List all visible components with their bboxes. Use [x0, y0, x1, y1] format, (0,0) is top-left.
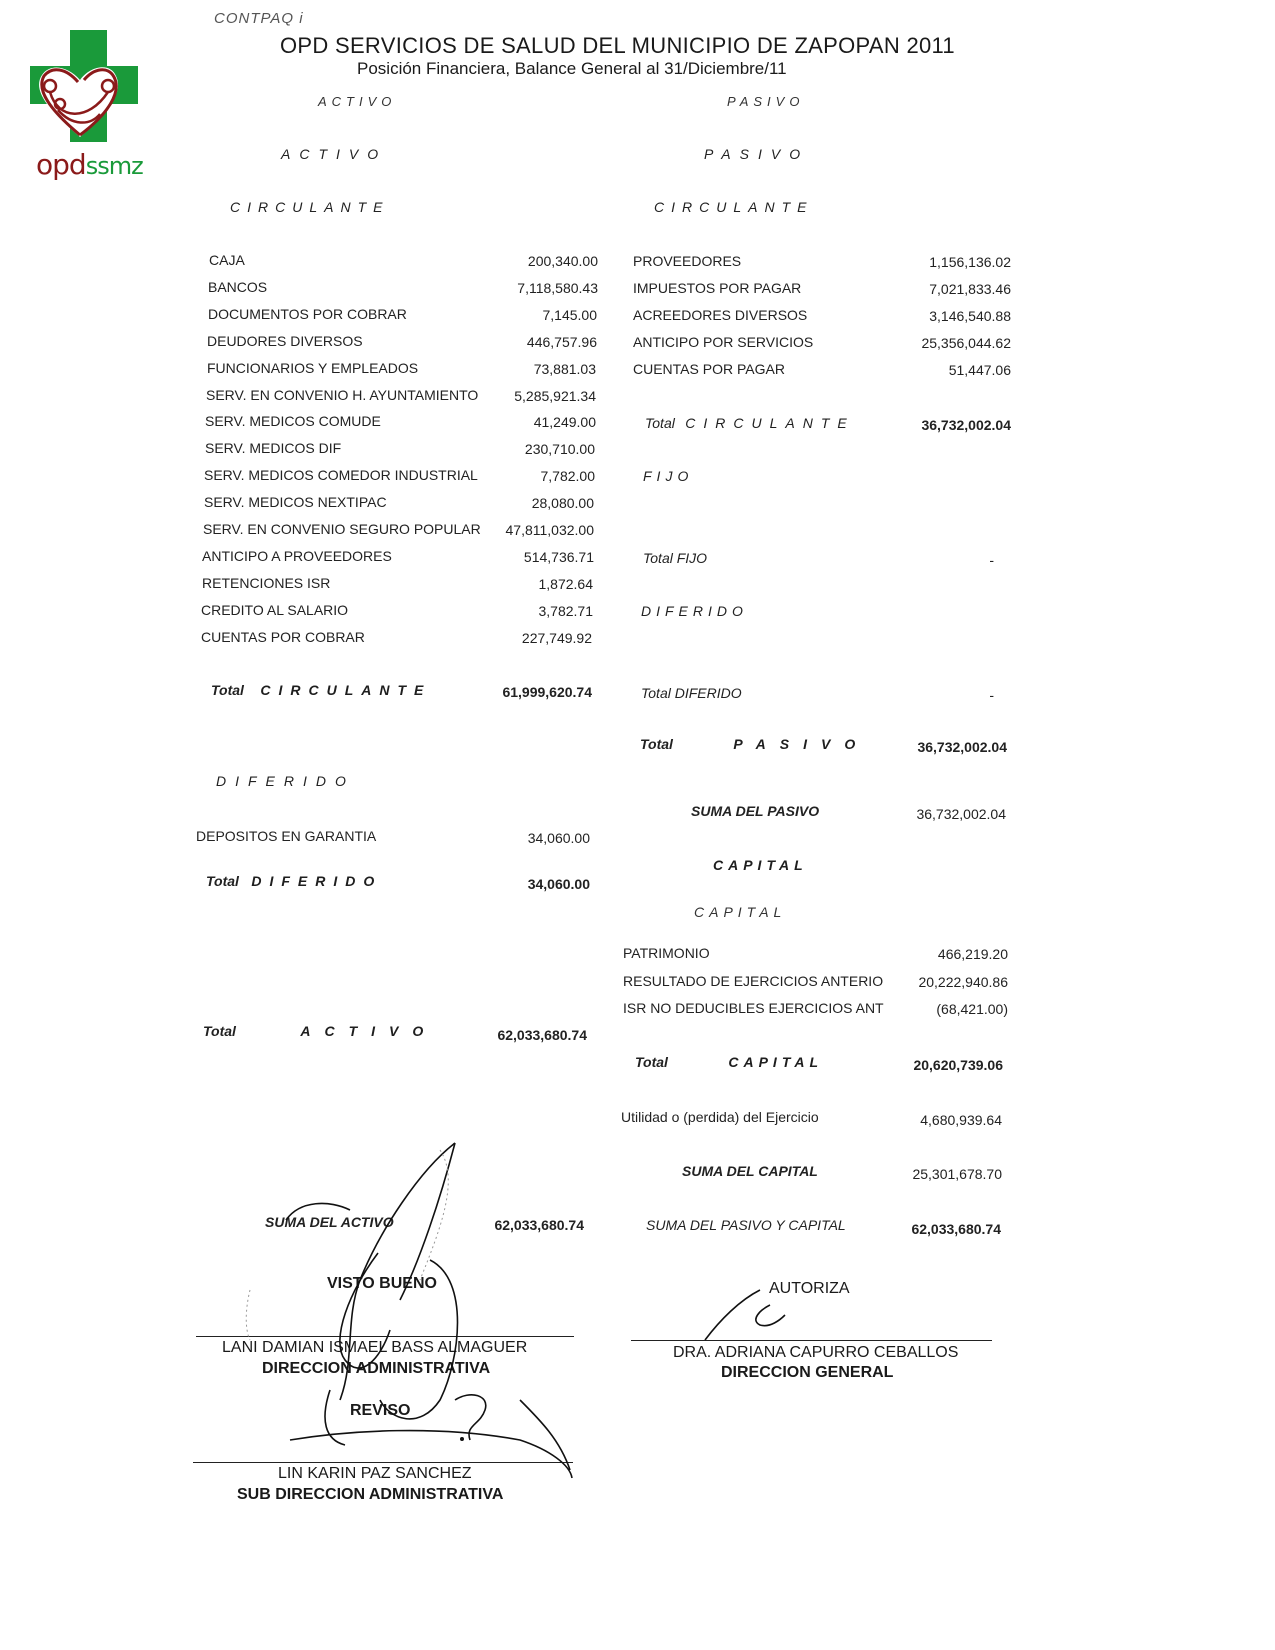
total-label: Total	[206, 873, 239, 889]
capital-header: CAPITAL	[713, 857, 808, 873]
line-item-label: SERV. EN CONVENIO H. AYUNTAMIENTO	[206, 387, 478, 403]
line-item-value: 51,447.06	[881, 362, 1011, 378]
pasivo-total-circulante-row: Total CIRCULANTE	[645, 415, 855, 433]
total-word: CIRCULANTE	[260, 682, 431, 698]
line-item-label: FUNCIONARIOS Y EMPLEADOS	[207, 360, 418, 376]
total-word: PASIVO	[733, 736, 869, 752]
autoriza-caption: AUTORIZA	[769, 1280, 850, 1298]
activo-total-circulante-row: Total CIRCULANTE	[211, 682, 431, 700]
line-item-value: 1,872.64	[463, 576, 593, 592]
suma-pasivo-capital-label: SUMA DEL PASIVO Y CAPITAL	[646, 1217, 846, 1233]
line-item-value: 41,249.00	[466, 414, 596, 430]
pasivo-circulante-header: CIRCULANTE	[654, 199, 813, 215]
pasivo-section-header: PASIVO	[704, 146, 809, 162]
activo-diferido-header: DIFERIDO	[216, 773, 355, 789]
line-item-value: 230,710.00	[465, 441, 595, 457]
suma-pasivo-capital-value: 62,033,680.74	[871, 1221, 1001, 1237]
line-item-value: 514,736.71	[464, 549, 594, 565]
utilidad-value: 4,680,939.64	[872, 1112, 1002, 1128]
logo-text-opd: opd	[36, 148, 86, 181]
capital-total-value: 20,620,739.06	[873, 1057, 1003, 1073]
pasivo-total-fijo-label: Total FIJO	[643, 550, 707, 566]
logo-text-ssmz: ssmz	[86, 152, 143, 180]
pasivo-total-diferido-label: Total DIFERIDO	[641, 685, 742, 701]
total-label: Total	[211, 682, 244, 698]
visto-bueno-role: DIRECCION ADMINISTRATIVA	[262, 1360, 490, 1378]
handwritten-signatures-icon	[0, 0, 1275, 1650]
reviso-name: LIN KARIN PAZ SANCHEZ	[278, 1465, 472, 1483]
activo-diferido-item-value: 34,060.00	[460, 830, 590, 846]
line-item-value: 7,145.00	[467, 307, 597, 323]
total-word: ACTIVO	[300, 1023, 437, 1039]
line-item-value: 3,146,540.88	[881, 308, 1011, 324]
total-label: Total	[645, 415, 675, 431]
line-item-label: SERV. MEDICOS DIF	[205, 440, 341, 456]
line-item-label: SERV. EN CONVENIO SEGURO POPULAR	[203, 521, 481, 537]
line-item-label: CUENTAS POR COBRAR	[201, 629, 365, 645]
line-item-label: BANCOS	[208, 279, 267, 295]
activo-circulante-header: CIRCULANTE	[230, 199, 389, 215]
line-item-value: 466,219.20	[878, 946, 1008, 962]
line-item-value: 3,782.71	[463, 603, 593, 619]
utilidad-label: Utilidad o (perdida) del Ejercicio	[621, 1109, 819, 1125]
line-item-label: ANTICIPO POR SERVICIOS	[633, 334, 813, 350]
line-item-value: 20,222,940.86	[878, 974, 1008, 990]
line-item-label: RESULTADO DE EJERCICIOS ANTERIO	[623, 973, 883, 989]
line-item-value: 1,156,136.02	[881, 254, 1011, 270]
capital-total-row: Total CAPITAL	[635, 1054, 823, 1072]
line-item-value: (68,421.00)	[878, 1001, 1008, 1017]
activo-total-diferido-value: 34,060.00	[460, 876, 590, 892]
suma-del-capital-label: SUMA DEL CAPITAL	[682, 1163, 818, 1179]
line-item-label: CUENTAS POR PAGAR	[633, 361, 785, 377]
line-item-value: 227,749.92	[462, 630, 592, 646]
visto-bueno-caption: VISTO BUENO	[327, 1275, 437, 1293]
suma-del-pasivo-label: SUMA DEL PASIVO	[691, 803, 819, 819]
total-word: CIRCULANTE	[685, 415, 854, 431]
line-item-value: 7,782.00	[465, 468, 595, 484]
line-item-value: 73,881.03	[466, 361, 596, 377]
activo-total-circulante-value: 61,999,620.74	[462, 684, 592, 700]
total-label: Total	[635, 1054, 668, 1070]
total-word: CAPITAL	[728, 1054, 823, 1070]
total-word: DIFERIDO	[251, 873, 382, 889]
suma-del-capital-value: 25,301,678.70	[872, 1166, 1002, 1182]
pasivo-total-value: 36,732,002.04	[877, 739, 1007, 755]
reviso-signature-line	[193, 1462, 573, 1463]
visto-bueno-name: LANI DAMIAN ISMAEL BASS ALMAGUER	[222, 1339, 527, 1357]
line-item-value: 200,340.00	[468, 253, 598, 269]
line-item-value: 7,021,833.46	[881, 281, 1011, 297]
line-item-label: ISR NO DEDUCIBLES EJERCICIOS ANT	[623, 1000, 884, 1016]
autoriza-role: DIRECCION GENERAL	[721, 1364, 893, 1382]
pasivo-total-circulante-value: 36,732,002.04	[881, 417, 1011, 433]
reviso-role: SUB DIRECCION ADMINISTRATIVA	[237, 1486, 503, 1504]
document-subtitle: Posición Financiera, Balance General al …	[357, 59, 787, 79]
autoriza-name: DRA. ADRIANA CAPURRO CEBALLOS	[673, 1344, 958, 1362]
pasivo-total-fijo-value: -	[864, 552, 994, 568]
activo-total-value: 62,033,680.74	[457, 1027, 587, 1043]
line-item-label: PATRIMONIO	[623, 945, 710, 961]
suma-del-pasivo-value: 36,732,002.04	[876, 806, 1006, 822]
autoriza-signature-line	[631, 1340, 992, 1341]
opdssmz-logo: opdssmz	[28, 30, 158, 190]
line-item-value: 25,356,044.62	[881, 335, 1011, 351]
capital-subheader: CAPITAL	[694, 904, 786, 920]
total-label: Total	[203, 1023, 236, 1039]
pasivo-fijo-header: FIJO	[643, 468, 693, 484]
activo-diferido-item-label: DEPOSITOS EN GARANTIA	[196, 828, 376, 844]
line-item-label: CAJA	[209, 252, 245, 268]
reviso-caption: REVISO	[350, 1402, 410, 1420]
line-item-label: DEUDORES DIVERSOS	[207, 333, 363, 349]
line-item-label: ACREEDORES DIVERSOS	[633, 307, 807, 323]
activo-total-diferido-row: Total DIFERIDO	[206, 873, 382, 891]
line-item-label: IMPUESTOS POR PAGAR	[633, 280, 801, 296]
line-item-label: SERV. MEDICOS COMEDOR INDUSTRIAL	[204, 467, 478, 483]
line-item-label: RETENCIONES ISR	[202, 575, 330, 591]
line-item-value: 28,080.00	[464, 495, 594, 511]
activo-column-header: ACTIVO	[318, 94, 396, 109]
line-item-value: 446,757.96	[467, 334, 597, 350]
pasivo-column-header: PASIVO	[727, 94, 804, 109]
document-title: OPD SERVICIOS DE SALUD DEL MUNICIPIO DE …	[280, 33, 955, 59]
software-name: CONTPAQ i	[214, 10, 304, 27]
total-label: Total	[640, 736, 673, 752]
line-item-label: ANTICIPO A PROVEEDORES	[202, 548, 392, 564]
pasivo-diferido-header: DIFERIDO	[641, 603, 748, 619]
line-item-label: CREDITO AL SALARIO	[201, 602, 348, 618]
visto-bueno-signature-line	[196, 1336, 574, 1337]
pasivo-total-row: Total PASIVO	[640, 736, 869, 754]
line-item-value: 7,118,580.43	[468, 280, 598, 296]
line-item-value: 47,811,032.00	[464, 522, 594, 538]
line-item-label: SERV. MEDICOS COMUDE	[205, 413, 381, 429]
line-item-label: PROVEEDORES	[633, 253, 741, 269]
line-item-label: SERV. MEDICOS NEXTIPAC	[204, 494, 387, 510]
activo-section-header: ACTIVO	[281, 146, 387, 162]
line-item-label: DOCUMENTOS POR COBRAR	[208, 306, 407, 322]
suma-del-activo-label: SUMA DEL ACTIVO	[265, 1214, 394, 1230]
suma-del-activo-value: 62,033,680.74	[454, 1217, 584, 1233]
pasivo-total-diferido-value: -	[864, 687, 994, 703]
activo-total-row: Total ACTIVO	[203, 1023, 437, 1041]
line-item-value: 5,285,921.34	[466, 388, 596, 404]
